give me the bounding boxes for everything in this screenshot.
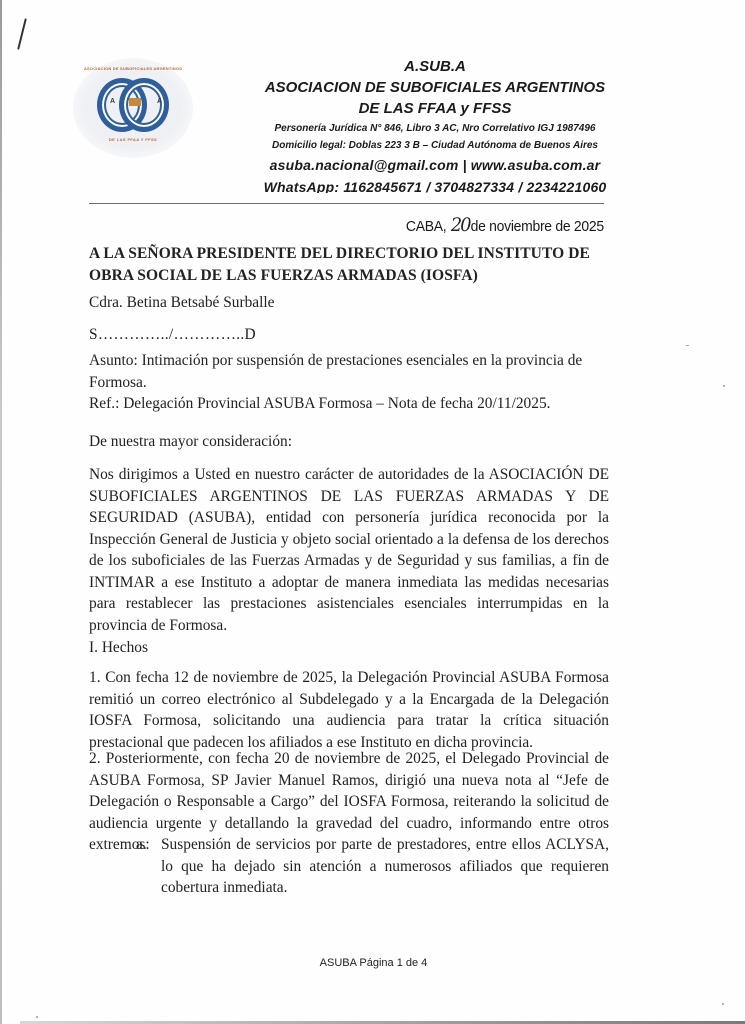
org-whatsapp-line: WhatsApp: 1162845671 / 3704827334 / 2234… bbox=[200, 179, 670, 193]
page-footer: ASUBA Página 1 de 4 bbox=[0, 957, 745, 969]
org-subname: DE LAS FFAA y FFSS bbox=[200, 100, 670, 117]
date-prefix: CABA, bbox=[406, 218, 446, 235]
subject-asunto: Asunto: Intimación por suspensión de pre… bbox=[89, 350, 609, 393]
logo-letter-right: A bbox=[157, 98, 162, 105]
logo-top-text: ASOCIACION DE SUBOFICIALES ARGENTINOS bbox=[73, 66, 193, 71]
org-name: ASOCIACION DE SUBOFICIALES ARGENTINOS bbox=[200, 79, 670, 96]
org-address-line: Domicilio legal: Doblas 223 3 B – Ciudad… bbox=[200, 140, 670, 151]
logo-bottom-text: DE LAS FFAA Y FFSS bbox=[73, 137, 193, 142]
org-legal-line: Personería Jurídica N° 846, Libro 3 AC, … bbox=[200, 123, 670, 134]
fact-paragraph-1: 1. Con fecha 12 de noviembre de 2025, la… bbox=[89, 667, 609, 753]
subject-block: Asunto: Intimación por suspensión de pre… bbox=[89, 350, 609, 415]
logo-letter-left: A bbox=[110, 98, 115, 105]
org-contact-line: asuba.nacional@gmail.com | www.asuba.com… bbox=[200, 157, 670, 173]
section-title-hechos: I. Hechos bbox=[89, 637, 609, 659]
date-line: CABA, 20de noviembre de 2025 bbox=[406, 214, 604, 236]
date-suffix: de noviembre de 2025 bbox=[471, 218, 604, 235]
list-item: a. Suspensión de servicios por parte de … bbox=[136, 834, 609, 899]
handwritten-day: 20 bbox=[451, 214, 470, 236]
scan-speck bbox=[686, 345, 689, 346]
salutation-sd: S…………../…………..D bbox=[89, 324, 609, 346]
logo-emblem-icon bbox=[129, 98, 141, 106]
asuba-logo-icon: ASOCIACION DE SUBOFICIALES ARGENTINOS A … bbox=[73, 58, 193, 158]
org-acronym: A.SUB.A bbox=[200, 58, 670, 75]
pen-mark-icon bbox=[17, 18, 27, 50]
document-page: ASOCIACION DE SUBOFICIALES ARGENTINOS A … bbox=[0, 0, 745, 1024]
greeting: De nuestra mayor consideración: bbox=[89, 431, 609, 453]
subject-ref: Ref.: Delegación Provincial ASUBA Formos… bbox=[89, 393, 609, 415]
list-marker: a. bbox=[136, 834, 161, 899]
scan-speck bbox=[36, 1016, 38, 1018]
list-item-text: Suspensión de servicios por parte de pre… bbox=[161, 834, 609, 899]
header-divider bbox=[89, 203, 604, 204]
intro-paragraph: Nos dirigimos a Usted en nuestro carácte… bbox=[89, 464, 609, 636]
logo-ring-right-icon bbox=[119, 78, 169, 132]
scan-speck bbox=[723, 385, 725, 387]
recipient-name: Cdra. Betina Betsabé Surballe bbox=[89, 292, 609, 314]
scan-speck bbox=[722, 1003, 724, 1005]
addressee-heading: A LA SEÑORA PRESIDENTE DEL DIRECTORIO DE… bbox=[89, 243, 609, 287]
scan-left-edge bbox=[0, 0, 2, 1024]
